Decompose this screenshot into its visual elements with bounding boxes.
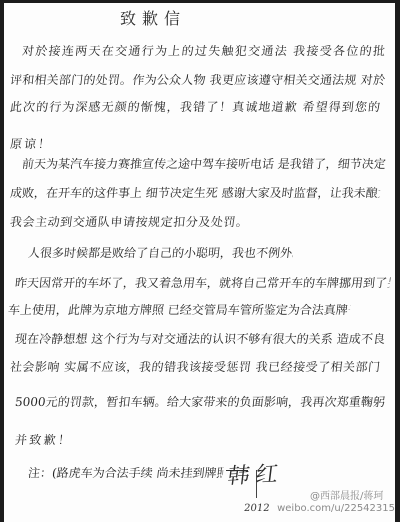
letter-date: 2012 <box>243 503 270 514</box>
letter-line: 评和相关部门的处罚。作为公众人物 我更应该遵守相关交通法规 对於 <box>9 72 386 88</box>
letter-line: 车上使用，此牌为京地方牌照 已经交管局车管所鉴定为合法真牌子。 <box>7 302 351 318</box>
watermark-url: weibo.com/u/22542315 <box>270 503 395 514</box>
letter-note: 注：(路虎车为合法手续 尚未挂到牌照) <box>27 465 224 481</box>
letter-line: 5000元的罚款，暂扣车辆。给大家带来的负面影响，我再次郑重鞠躬 <box>14 394 386 410</box>
letter-line: 现在冷静想想 这个行为与对交通法的认识不够有很大的关系 造成不良 <box>14 331 386 347</box>
letter-line: 此次的行为深感无颜的惭愧，我错了！真诚地道歉 希望得到您的 <box>9 99 381 115</box>
letter-line: 社会影响 实属不应该，我的错我该接受惩罚 我已经接受了相关部门 <box>9 359 381 375</box>
letter-title: 致歉信 <box>120 6 186 29</box>
watermark-source: @西部晨报/蒋珂 <box>310 487 395 502</box>
letter-line: 并致歉！ <box>14 432 71 448</box>
letter-line: 原谅！ <box>9 136 51 152</box>
letter-line: 对於接连两天在交通行为上的过失触犯交通法 我接受各位的批 <box>21 43 386 59</box>
signature: 韩红 <box>226 456 290 490</box>
letter-line: 成败，在开车的这件事上 细节决定生死 感谢大家及时监督，让我未酿大祸， <box>9 185 381 201</box>
letter-line: 昨天因常开的车坏了，我又着急用车，就将自己常开车的车牌挪用到了另一台路虎 <box>14 275 391 291</box>
scan-border-right <box>395 0 400 522</box>
letter-line: 前天为某汽车接力赛推宣传之途中驾车接听电话 是我错了，细节决定 <box>21 156 386 172</box>
letter-line: 人很多时候都是败给了自己的小聪明，我也不例外。 <box>27 245 294 261</box>
letter-line: 我会主动到交通队申请按规定扣分及处罚。 <box>9 214 249 230</box>
